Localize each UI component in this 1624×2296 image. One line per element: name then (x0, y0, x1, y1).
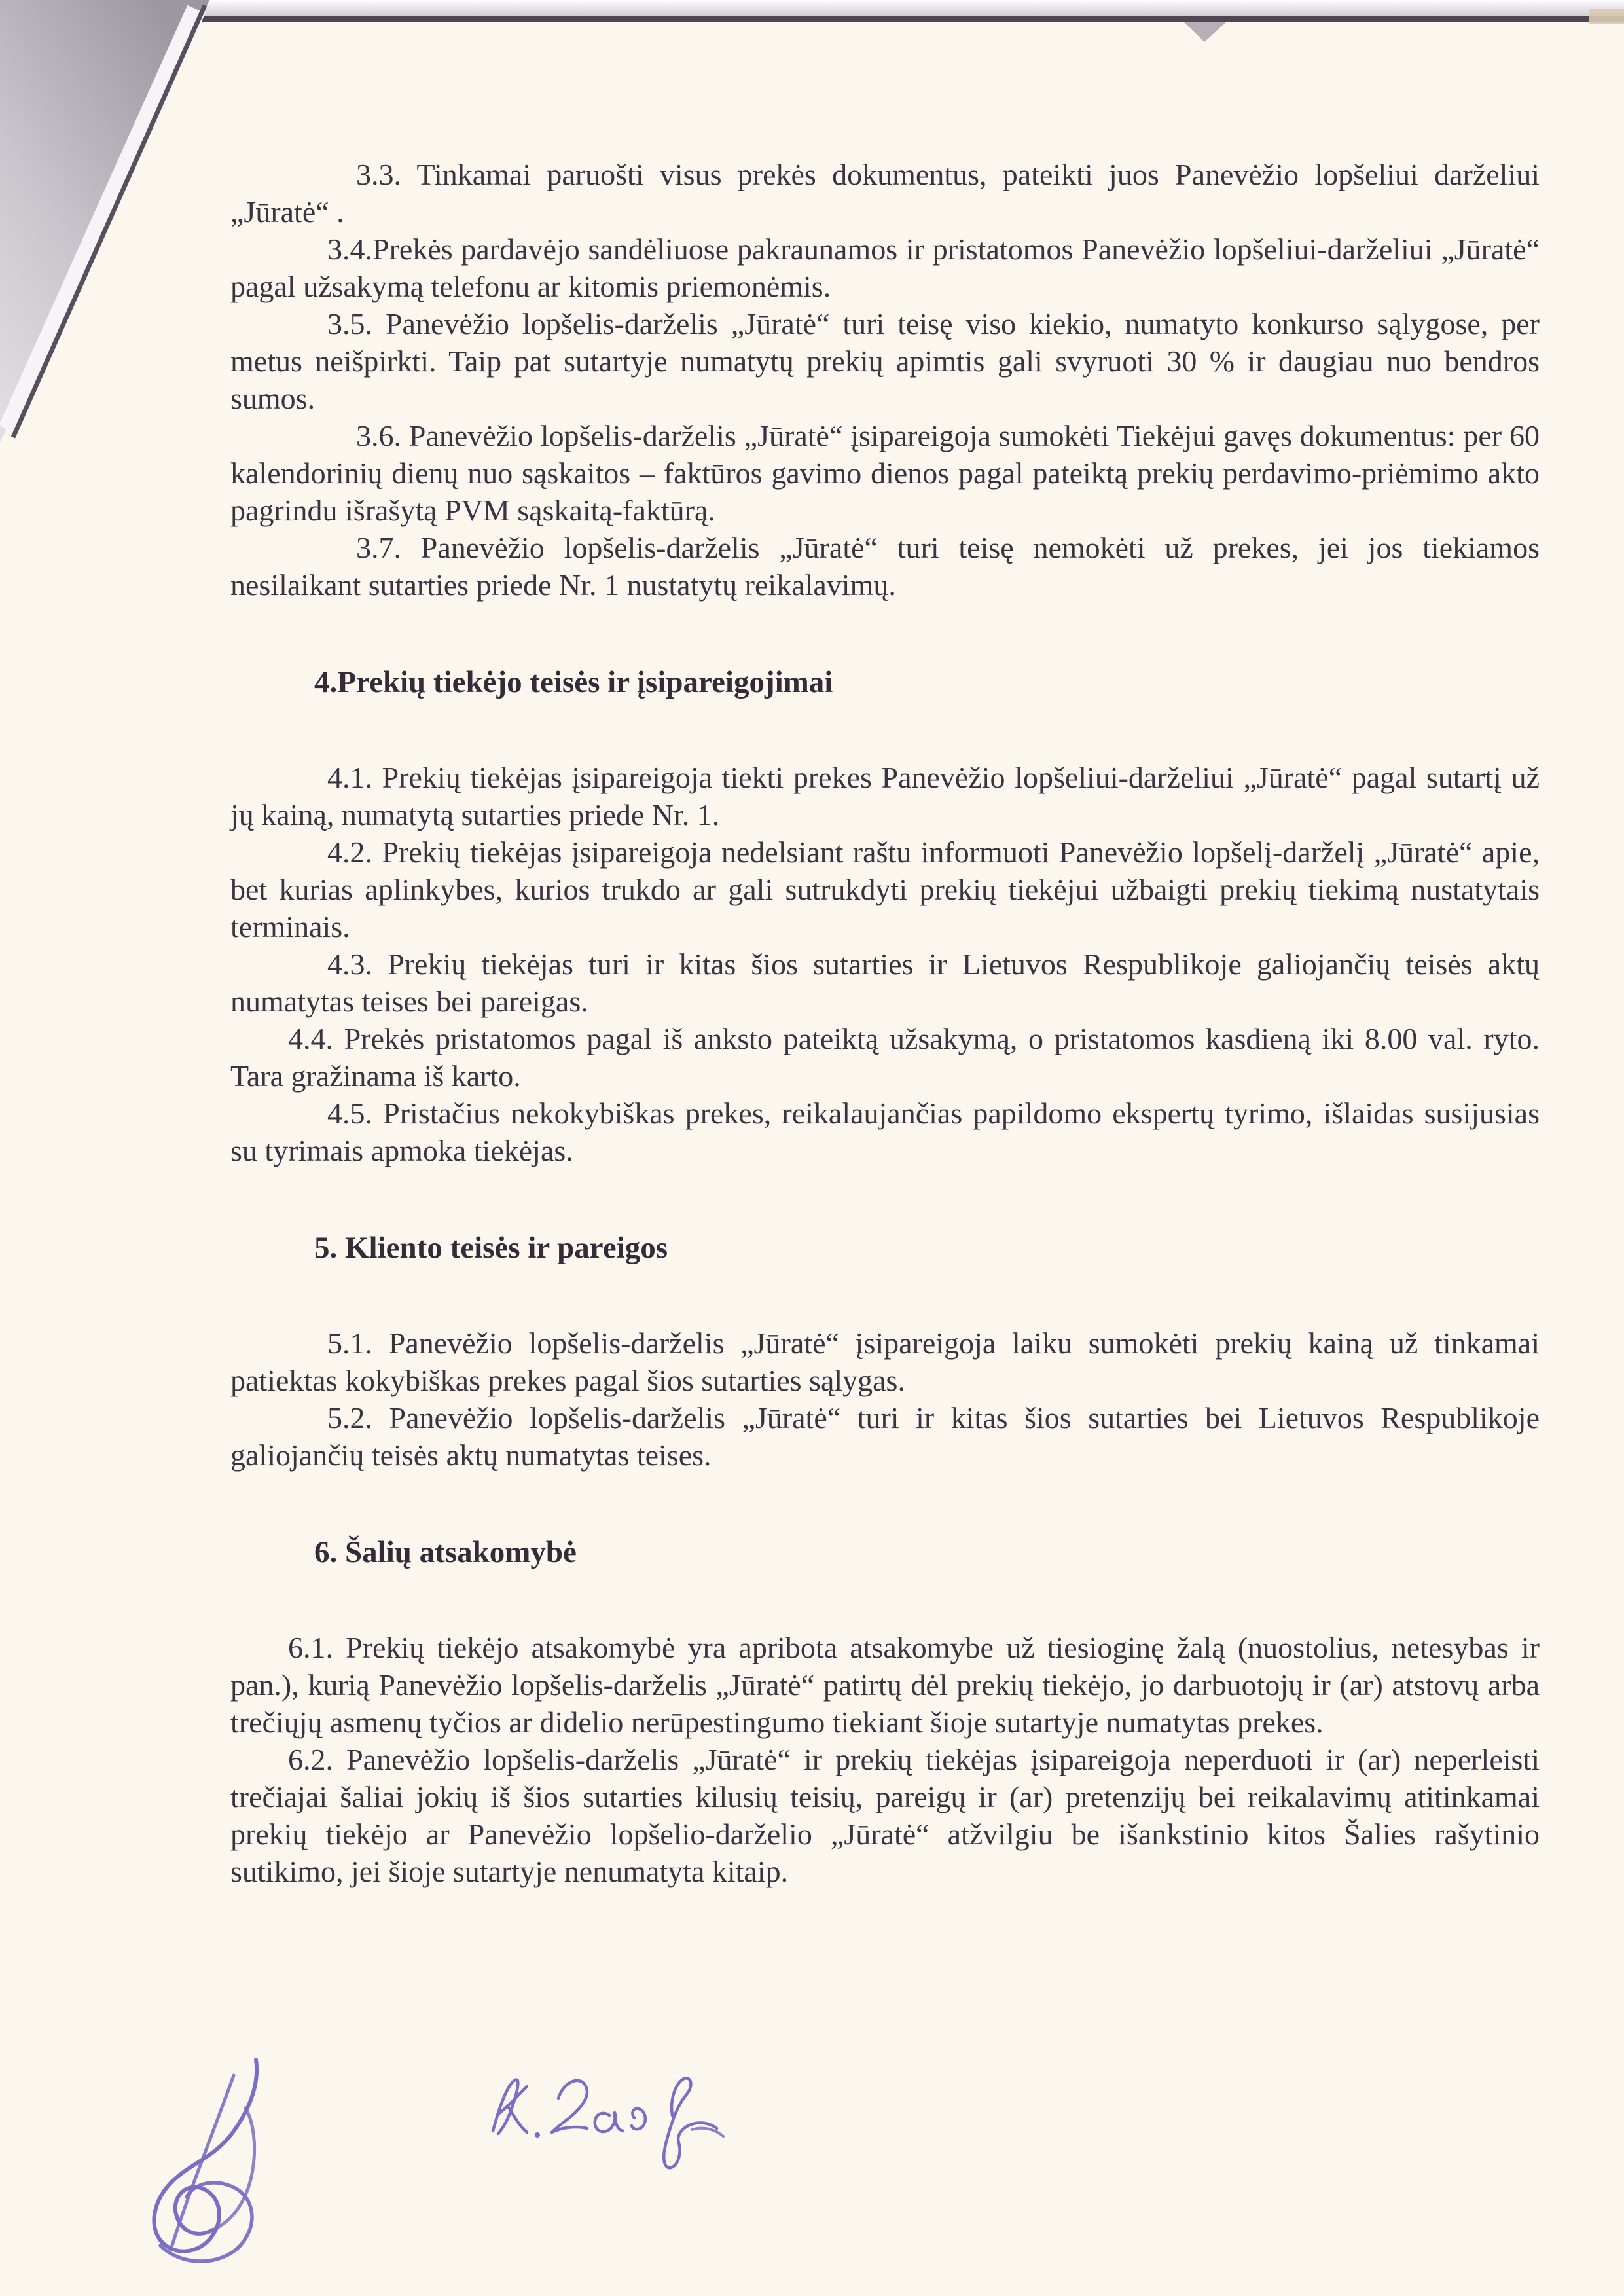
paragraph-6-1: 6.1. Prekių tiekėjo atsakomybė yra aprib… (230, 1629, 1540, 1741)
paragraph-4-1: 4.1. Prekių tiekėjas įsipareigoja tiekti… (230, 759, 1540, 833)
paragraph-5-1: 5.1. Panevėžio lopšelis-darželis „Jūratė… (230, 1324, 1540, 1399)
section-heading-6: 6. Šalių atsakomybė (314, 1534, 1540, 1571)
paragraph-4-5: 4.5. Pristačius nekokybiškas prekes, rei… (230, 1095, 1540, 1169)
paragraph-3-3: 3.3. Tinkamai paruošti visus prekės doku… (230, 156, 1540, 230)
paragraph-6-2: 6.2. Panevėžio lopšelis-darželis „Jūratė… (230, 1741, 1540, 1890)
paragraph-4-2: 4.2. Prekių tiekėjas įsipareigoja nedels… (230, 833, 1540, 945)
scan-edge-notch-artifact (0, 0, 1624, 52)
scan-corner-fold-artifact (0, 0, 226, 452)
contract-text-block: 3.3. Tinkamai paruošti visus prekės doku… (230, 156, 1540, 1890)
signature-left (134, 2049, 288, 2272)
paragraph-3-7: 3.7. Panevėžio lopšelis-darželis „Jūratė… (230, 529, 1540, 604)
paragraph-4-4: 4.4. Prekės pristatomos pagal iš anksto … (230, 1020, 1540, 1095)
scanned-contract-page: 3.3. Tinkamai paruošti visus prekės doku… (0, 0, 1624, 2296)
section-heading-5: 5. Kliento teisės ir pareigos (314, 1230, 1540, 1267)
section-heading-4: 4.Prekių tiekėjo teisės ir įsipareigojim… (314, 664, 1540, 701)
paragraph-3-5: 3.5. Panevėžio lopšelis-darželis „Jūratė… (230, 305, 1540, 417)
paragraph-4-3: 4.3. Prekių tiekėjas turi ir kitas šios … (230, 945, 1540, 1020)
paragraph-3-6: 3.6. Panevėžio lopšelis-darželis „Jūratė… (230, 417, 1540, 529)
signature-right (475, 2052, 736, 2183)
paragraph-3-4: 3.4.Prekės pardavėjo sandėliuose pakraun… (230, 230, 1540, 305)
paragraph-5-2: 5.2. Panevėžio lopšelis-darželis „Jūratė… (230, 1399, 1540, 1474)
